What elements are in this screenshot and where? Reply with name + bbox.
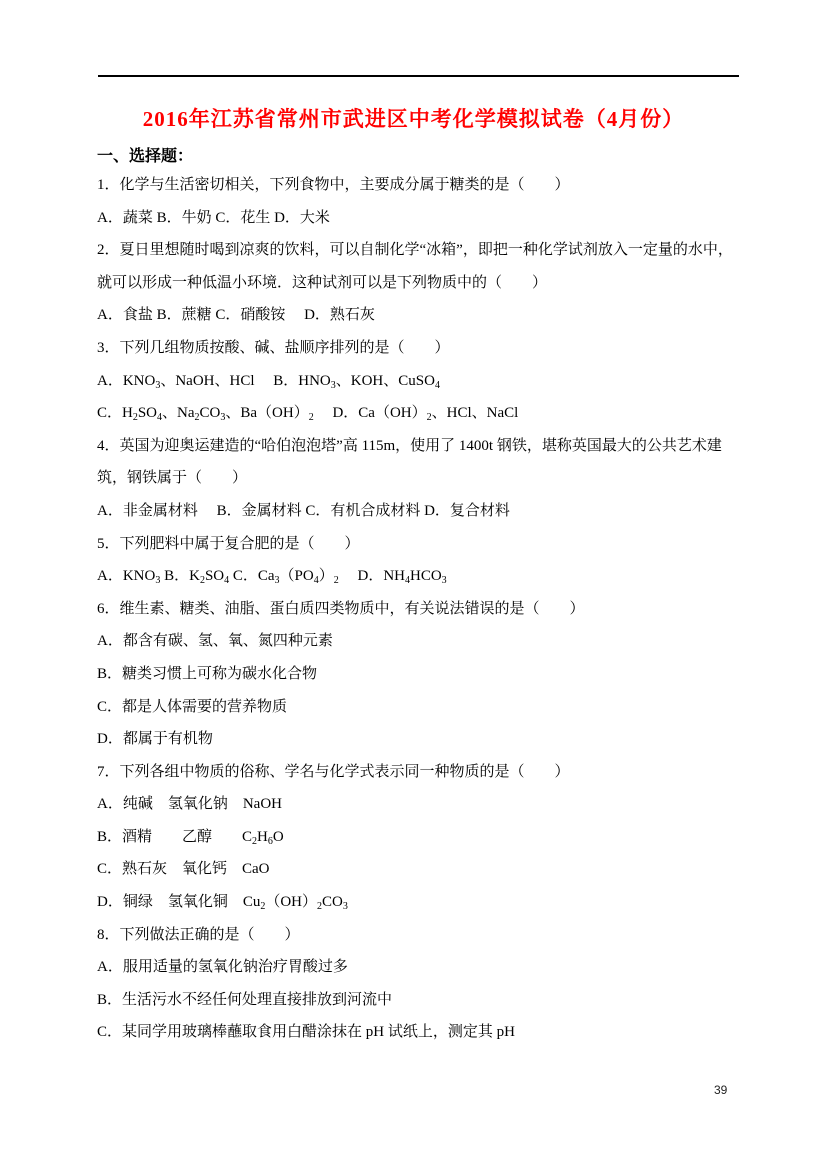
text-line: 5．下列肥料中属于复合肥的是（ ）	[97, 528, 767, 561]
line-segment: B．糖类习惯上可称为碳水化合物	[97, 666, 317, 682]
text-line: B．生活污水不经任何处理直接排放到河流中	[97, 984, 767, 1017]
line-segment: 、Na	[162, 405, 195, 421]
line-segment: 5．下列肥料中属于复合肥的是（ ）	[97, 536, 360, 552]
section-heading: 一、选择题：	[97, 147, 193, 167]
line-segment: 就可以形成一种低温小环境．这种试剂可以是下列物质中的（ ）	[97, 275, 547, 291]
text-line: B．酒精 乙醇 C2H6O	[97, 821, 767, 854]
text-line: A．蔬菜 B．牛奶 C．花生 D．大米	[97, 202, 767, 235]
text-line: A．食盐 B．蔗糖 C．硝酸铵 D．熟石灰	[97, 299, 767, 332]
line-segment: B．K	[160, 568, 200, 584]
line-segment: 、NaOH、HCl B．HNO	[160, 373, 330, 389]
line-segment: C．熟石灰 氧化钙 CaO	[97, 861, 270, 877]
line-segment: B．生活污水不经任何处理直接排放到河流中	[97, 992, 392, 1008]
formula-subscript: 3	[442, 575, 447, 586]
line-segment: 、Ba（OH）	[225, 405, 308, 421]
line-segment: D．Ca（OH）	[314, 405, 427, 421]
line-segment: A．KNO	[97, 373, 155, 389]
line-segment: O	[273, 829, 284, 845]
formula-subscript: 2	[334, 575, 339, 586]
line-segment: 筑，钢铁属于（ ）	[97, 470, 247, 486]
formula-subscript: 2	[427, 412, 432, 423]
line-segment: A．KNO	[97, 568, 155, 584]
line-segment: H	[257, 829, 268, 845]
text-line: A．都含有碳、氢、氧、氮四种元素	[97, 625, 767, 658]
text-line: A．KNO3 B．K2SO4 C．Ca3（PO4）2 D．NH4HCO3	[97, 560, 767, 593]
text-line: 4．英国为迎奥运建造的“哈伯泡泡塔”高 115m，使用了 1400t 钢铁，堪称…	[97, 430, 767, 463]
formula-subscript: 2	[260, 901, 265, 912]
formula-subscript: 4	[435, 380, 440, 391]
formula-subscript: 2	[133, 412, 138, 423]
formula-subscript: 2	[200, 575, 205, 586]
page-title: 2016年江苏省常州市武进区中考化学模拟试卷（4月份）	[0, 106, 827, 132]
formula-subscript: 2	[317, 901, 322, 912]
formula-subscript: 2	[252, 836, 257, 847]
formula-subscript: 3	[220, 412, 225, 423]
text-line: 1．化学与生活密切相关，下列食物中，主要成分属于糖类的是（ ）	[97, 169, 767, 202]
text-line: B．糖类习惯上可称为碳水化合物	[97, 658, 767, 691]
line-segment: A．服用适量的氢氧化钠治疗胃酸过多	[97, 959, 348, 975]
header-rule	[98, 75, 739, 77]
formula-subscript: 3	[343, 901, 348, 912]
line-segment: 4．英国为迎奥运建造的“哈伯泡泡塔”高 115m，使用了 1400t 钢铁，堪称…	[97, 438, 722, 454]
line-segment: D．NH	[339, 568, 405, 584]
line-segment: 2．夏日里想随时喝到凉爽的饮料，可以自制化学“冰箱”，即把一种化学试剂放入一定量…	[97, 242, 733, 258]
formula-subscript: 4	[314, 575, 319, 586]
formula-subscript: 3	[155, 575, 160, 586]
line-segment: SO	[205, 568, 224, 584]
formula-subscript: 3	[155, 380, 160, 391]
line-segment: C．H	[97, 405, 133, 421]
line-segment: C．Ca	[229, 568, 274, 584]
question-text-block: 1．化学与生活密切相关，下列食物中，主要成分属于糖类的是（ ）A．蔬菜 B．牛奶…	[97, 169, 767, 1049]
line-segment: D．铜绿 氢氧化铜 Cu	[97, 894, 260, 910]
text-line: 2．夏日里想随时喝到凉爽的饮料，可以自制化学“冰箱”，即把一种化学试剂放入一定量…	[97, 234, 767, 267]
line-segment: A．都含有碳、氢、氧、氮四种元素	[97, 633, 333, 649]
line-segment: C．都是人体需要的营养物质	[97, 699, 287, 715]
line-segment: （OH）	[265, 894, 317, 910]
formula-subscript: 2	[195, 412, 200, 423]
text-line: D．都属于有机物	[97, 723, 767, 756]
text-line: C．熟石灰 氧化钙 CaO	[97, 853, 767, 886]
line-segment: 1．化学与生活密切相关，下列食物中，主要成分属于糖类的是（ ）	[97, 177, 570, 193]
line-segment: 6．维生素、糖类、油脂、蛋白质四类物质中，有关说法错误的是（ ）	[97, 601, 585, 617]
text-line: C．某同学用玻璃棒蘸取食用白醋涂抹在 pH 试纸上，测定其 pH	[97, 1016, 767, 1049]
text-line: A．KNO3、NaOH、HCl B．HNO3、KOH、CuSO4	[97, 365, 767, 398]
text-line: 3．下列几组物质按酸、碱、盐顺序排列的是（ ）	[97, 332, 767, 365]
line-segment: D．都属于有机物	[97, 731, 213, 747]
text-line: 就可以形成一种低温小环境．这种试剂可以是下列物质中的（ ）	[97, 267, 767, 300]
text-line: A．纯碱 氢氧化钠 NaOH	[97, 788, 767, 821]
text-line: 6．维生素、糖类、油脂、蛋白质四类物质中，有关说法错误的是（ ）	[97, 593, 767, 626]
formula-subscript: 4	[405, 575, 410, 586]
line-segment: A．蔬菜 B．牛奶 C．花生 D．大米	[97, 210, 330, 226]
text-line: A．服用适量的氢氧化钠治疗胃酸过多	[97, 951, 767, 984]
text-line: D．铜绿 氢氧化铜 Cu2（OH）2CO3	[97, 886, 767, 919]
page-number: 39	[714, 1082, 727, 1098]
formula-subscript: 4	[224, 575, 229, 586]
line-segment: C．某同学用玻璃棒蘸取食用白醋涂抹在 pH 试纸上，测定其 pH	[97, 1024, 515, 1040]
line-segment: B．酒精 乙醇 C	[97, 829, 252, 845]
line-segment: A．非金属材料 B．金属材料 C．有机合成材料 D．复合材料	[97, 503, 510, 519]
formula-subscript: 6	[268, 836, 273, 847]
formula-subscript: 3	[331, 380, 336, 391]
formula-subscript: 3	[275, 575, 280, 586]
line-segment: HCO	[410, 568, 442, 584]
line-segment: CO	[200, 405, 221, 421]
text-line: 8．下列做法正确的是（ ）	[97, 919, 767, 952]
line-segment: ）	[319, 568, 334, 584]
line-segment: 、KOH、CuSO	[336, 373, 435, 389]
line-segment: CO	[322, 894, 343, 910]
line-segment: A．食盐 B．蔗糖 C．硝酸铵 D．熟石灰	[97, 307, 375, 323]
text-line: C．H2SO4、Na2CO3、Ba（OH）2 D．Ca（OH）2、HCl、NaC…	[97, 397, 767, 430]
line-segment: （PO	[280, 568, 314, 584]
document-page: 2016年江苏省常州市武进区中考化学模拟试卷（4月份） 一、选择题： 1．化学与…	[0, 0, 827, 1170]
line-segment: SO	[138, 405, 157, 421]
line-segment: 7．下列各组中物质的俗称、学名与化学式表示同一种物质的是（ ）	[97, 764, 570, 780]
line-segment: 、HCl、NaCl	[432, 405, 519, 421]
text-line: 7．下列各组中物质的俗称、学名与化学式表示同一种物质的是（ ）	[97, 756, 767, 789]
line-segment: 3．下列几组物质按酸、碱、盐顺序排列的是（ ）	[97, 340, 450, 356]
text-line: C．都是人体需要的营养物质	[97, 691, 767, 724]
formula-subscript: 2	[309, 412, 314, 423]
line-segment: A．纯碱 氢氧化钠 NaOH	[97, 796, 282, 812]
text-line: 筑，钢铁属于（ ）	[97, 462, 767, 495]
line-segment: 8．下列做法正确的是（ ）	[97, 927, 300, 943]
formula-subscript: 4	[157, 412, 162, 423]
text-line: A．非金属材料 B．金属材料 C．有机合成材料 D．复合材料	[97, 495, 767, 528]
